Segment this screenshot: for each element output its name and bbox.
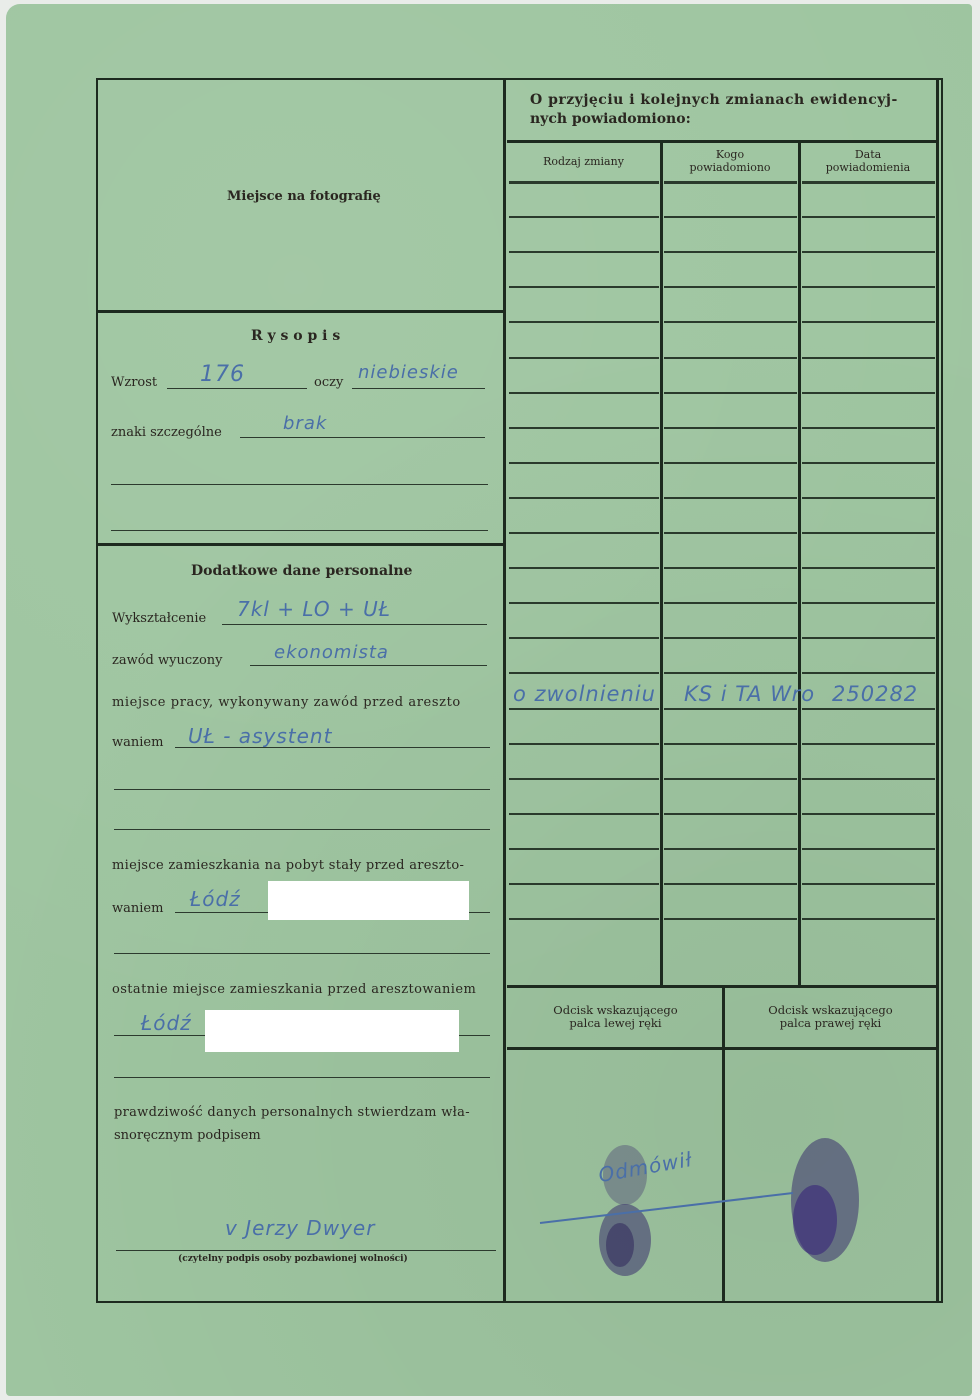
- workplace-label-line2: waniem: [112, 735, 163, 750]
- table-row-line: [664, 672, 797, 674]
- entry-notify-date: 250282: [832, 682, 918, 706]
- table-row-line: [509, 918, 659, 920]
- signature-field[interactable]: [116, 1250, 496, 1251]
- rysopis-section-bottom: [96, 543, 505, 546]
- table-row-line: [664, 181, 797, 184]
- table-row-line: [664, 392, 797, 394]
- table-row-line: [802, 848, 935, 850]
- table-row-line: [802, 602, 935, 604]
- notifications-header-top: [507, 140, 939, 143]
- table-row-line: [664, 251, 797, 253]
- residence-extra-line[interactable]: [114, 953, 490, 954]
- table-row-line: [802, 637, 935, 639]
- table-row-line: [509, 778, 659, 780]
- entry-notified-whom: KS i TA Wro: [684, 682, 815, 706]
- table-row-line: [802, 743, 935, 745]
- height-field[interactable]: [167, 388, 307, 389]
- education-value: 7kl + LO + UŁ: [237, 597, 391, 621]
- workplace-extra-line-2[interactable]: [114, 829, 490, 830]
- photo-placeholder-label: Miejsce na fotografię: [227, 189, 381, 204]
- profession-value: ekonomista: [274, 642, 389, 663]
- strike-line: [538, 1185, 798, 1230]
- marks-label: znaki szczególne: [111, 425, 222, 440]
- fingerprint-divider: [722, 985, 725, 1303]
- table-row-line: [509, 181, 659, 184]
- table-row-line: [664, 918, 797, 920]
- height-label: Wzrost: [111, 375, 157, 390]
- col-divider-2: [798, 140, 801, 986]
- table-row-line: [802, 181, 935, 184]
- table-row-line: [509, 392, 659, 394]
- table-row-line: [802, 778, 935, 780]
- table-row-line: [509, 883, 659, 885]
- redacted-address-2: [205, 1010, 459, 1052]
- marks-extra-line-2[interactable]: [111, 530, 488, 531]
- table-row-line: [664, 567, 797, 569]
- workplace-value: UŁ - asystent: [188, 724, 332, 748]
- table-row-line: [509, 848, 659, 850]
- workplace-label-line1: miejsce pracy, wykonywany zawód przed ar…: [112, 695, 461, 710]
- entry-change-type: o zwolnieniu: [513, 682, 656, 706]
- table-row-line: [802, 427, 935, 429]
- table-row-line: [802, 357, 935, 359]
- col-header-notify-date: Datapowiadomienia: [800, 148, 936, 174]
- table-row-line: [509, 602, 659, 604]
- center-divider: [503, 78, 506, 1303]
- marks-value: brak: [283, 413, 327, 434]
- table-row-line: [509, 813, 659, 815]
- personal-title: Dodatkowe dane personalne: [191, 563, 412, 579]
- table-row-line: [509, 532, 659, 534]
- table-row-line: [509, 743, 659, 745]
- attest-line1: prawdziwość danych personalnych stwierdz…: [114, 1105, 470, 1120]
- table-row-line: [802, 918, 935, 920]
- table-row-line: [509, 462, 659, 464]
- right-table-edge: [936, 80, 939, 1303]
- table-row-line: [802, 462, 935, 464]
- residence-label-line2: waniem: [112, 901, 163, 916]
- residence-label-line1: miejsce zamieszkania na pobyt stały prze…: [112, 858, 464, 873]
- last-residence-value: Łódź: [141, 1011, 192, 1035]
- table-row-line: [664, 532, 797, 534]
- table-row-line: [509, 357, 659, 359]
- table-row-line: [664, 637, 797, 639]
- table-row-line: [802, 532, 935, 534]
- table-row-line: [802, 708, 935, 710]
- table-row-line: [664, 848, 797, 850]
- notifications-title-line2: nych powiadomiono:: [530, 111, 691, 127]
- table-row-line: [509, 321, 659, 323]
- table-row-line: [802, 883, 935, 885]
- table-row-line: [802, 392, 935, 394]
- table-row-line: [664, 462, 797, 464]
- col-divider-1: [660, 140, 663, 986]
- table-row-line: [509, 708, 659, 710]
- education-field[interactable]: [222, 624, 487, 625]
- photo-section-bottom: [96, 310, 505, 313]
- table-row-line: [509, 637, 659, 639]
- table-row-line: [664, 321, 797, 323]
- residence-value: Łódź: [190, 887, 241, 911]
- eyes-field[interactable]: [352, 388, 485, 389]
- last-residence-extra-line[interactable]: [114, 1077, 490, 1078]
- table-row-line: [664, 286, 797, 288]
- redacted-address-1: [268, 881, 469, 920]
- table-row-line: [664, 427, 797, 429]
- table-row-line: [802, 216, 935, 218]
- marks-field[interactable]: [240, 437, 485, 438]
- table-row-line: [509, 567, 659, 569]
- table-row-line: [664, 813, 797, 815]
- profession-label: zawód wyuczony: [112, 653, 223, 668]
- profession-field[interactable]: [250, 665, 487, 666]
- table-row-line: [509, 497, 659, 499]
- table-row-line: [802, 286, 935, 288]
- left-finger-label: Odcisk wskazującegopalca lewej ręki: [509, 1004, 722, 1030]
- rysopis-title: R y s o p i s: [251, 328, 340, 344]
- workplace-extra-line-1[interactable]: [114, 789, 490, 790]
- table-row-line: [664, 708, 797, 710]
- table-row-line: [509, 427, 659, 429]
- table-row-line: [509, 251, 659, 253]
- table-row-line: [802, 251, 935, 253]
- fingerprint-header-bottom: [507, 1047, 939, 1050]
- notifications-title-line1: O przyjęciu i kolejnych zmianach ewidenc…: [530, 92, 898, 108]
- table-row-line: [664, 357, 797, 359]
- table-row-line: [802, 567, 935, 569]
- col-header-change-type: Rodzaj zmiany: [507, 155, 660, 168]
- eyes-value: niebieskie: [358, 362, 459, 383]
- table-row-line: [664, 743, 797, 745]
- signature-value: v Jerzy Dwyer: [225, 1216, 375, 1240]
- col-header-notified-whom: Kogopowiadomiono: [662, 148, 798, 174]
- table-row-line: [664, 497, 797, 499]
- table-row-line: [664, 883, 797, 885]
- education-label: Wykształcenie: [112, 611, 206, 626]
- table-row-line: [509, 672, 659, 674]
- table-row-line: [664, 216, 797, 218]
- table-row-line: [802, 813, 935, 815]
- attest-line2: snoręcznym podpisem: [114, 1128, 261, 1143]
- signature-caption: (czytelny podpis osoby pozbawionej wolno…: [178, 1254, 408, 1264]
- table-row-line: [802, 497, 935, 499]
- eyes-label: oczy: [314, 375, 343, 390]
- table-row-line: [509, 216, 659, 218]
- table-row-line: [802, 321, 935, 323]
- table-row-line: [664, 778, 797, 780]
- right-finger-label: Odcisk wskazującegopalca prawej ręki: [725, 1004, 936, 1030]
- table-row-line: [802, 672, 935, 674]
- last-residence-label: ostatnie miejsce zamieszkania przed ares…: [112, 982, 476, 997]
- marks-extra-line-1[interactable]: [111, 484, 488, 485]
- height-value: 176: [200, 362, 245, 387]
- table-row-line: [664, 602, 797, 604]
- table-row-line: [509, 286, 659, 288]
